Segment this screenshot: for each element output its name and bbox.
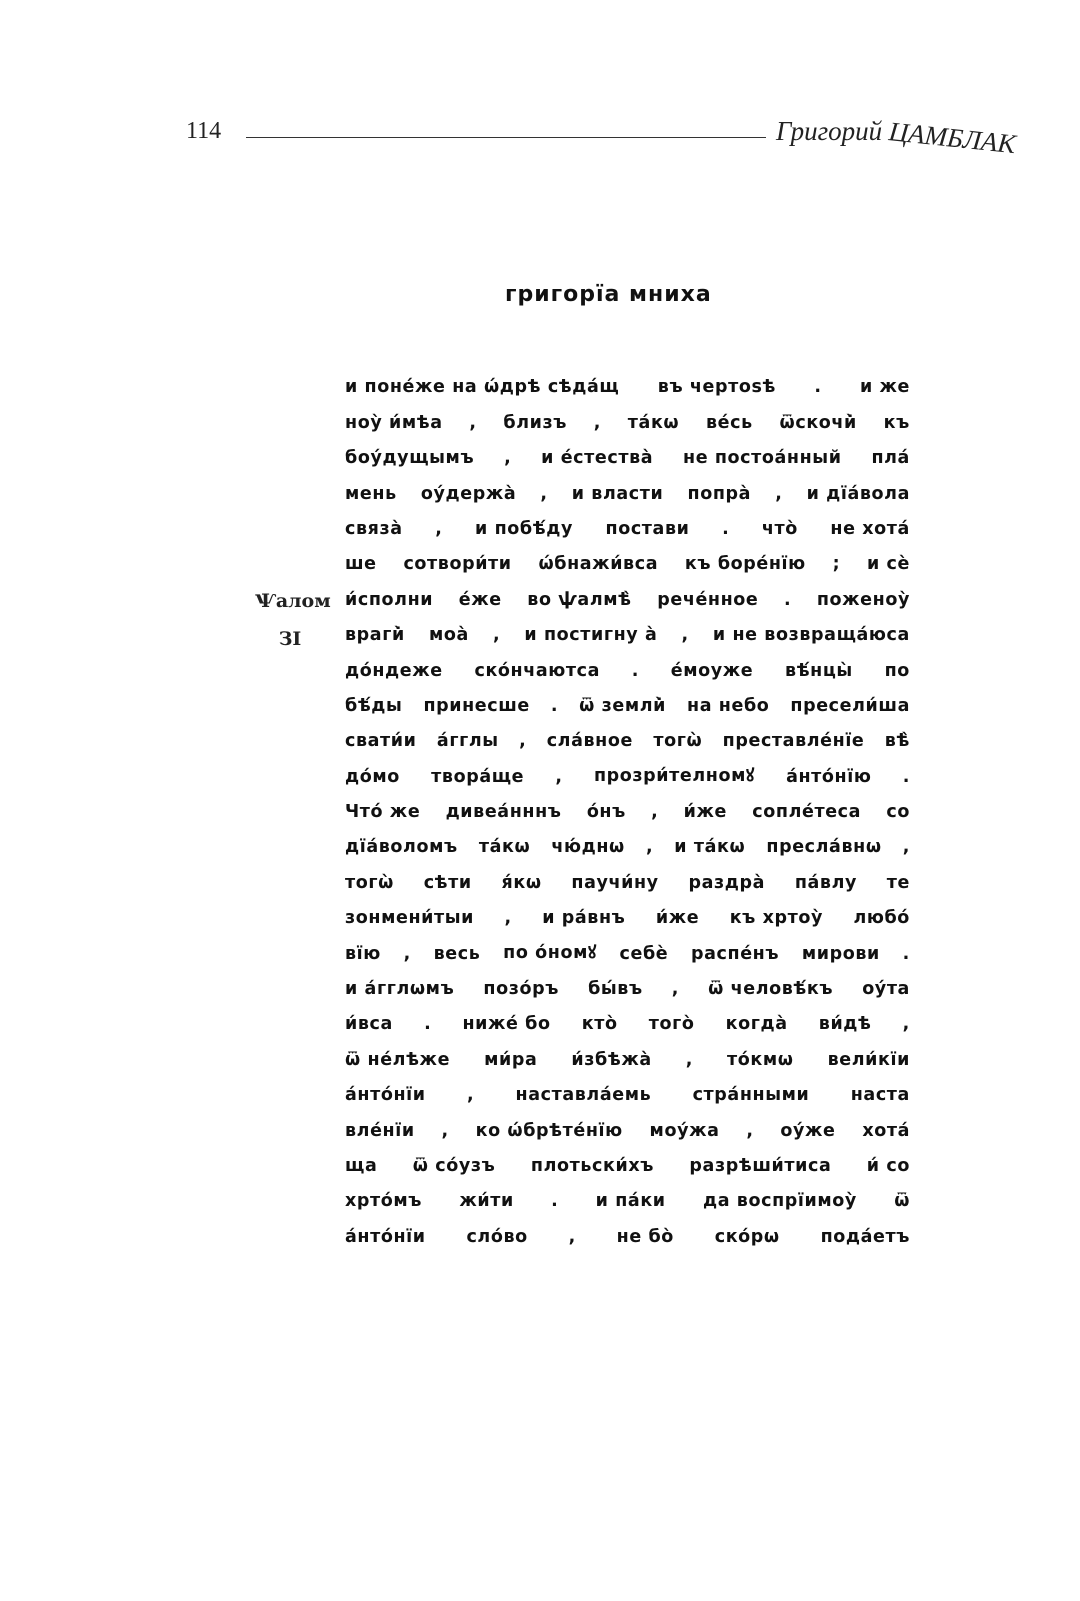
margin-note-psalm-reference: Ѱалом ЗІ <box>255 582 325 658</box>
text-line: шесотвори́тиѡ́бнажи́всакъ боре́нїю;и сѐ <box>345 539 910 574</box>
book-title-author: Григорий <box>776 116 889 146</box>
text-word: . <box>814 377 821 397</box>
text-line: и поне́же на ѡ́дрѣ сѣда́щвъ чертоѕѣ.и же <box>345 362 910 397</box>
text-word: ско́нчаютса <box>474 661 600 681</box>
text-word: и власти <box>572 484 664 504</box>
text-word: е́же <box>459 590 502 610</box>
text-word: бы́въ <box>588 979 643 999</box>
text-word: , <box>682 625 689 645</box>
text-word: вле́нїи <box>345 1121 415 1141</box>
text-line: боу́дущымъ,и е́стества̀не постоа́нныйпла… <box>345 433 910 468</box>
text-word: , <box>467 1085 474 1105</box>
text-word: , <box>903 837 910 857</box>
text-word: поженоу̀ <box>817 590 910 610</box>
text-word: , <box>435 519 442 539</box>
text-word: , <box>493 625 500 645</box>
text-word: оу́держа̀ <box>421 484 516 504</box>
text-line: ноу̀ и́мѣа,близъ,та́кѡве́сьѿскочи̇̀къ <box>345 397 910 432</box>
text-word: . <box>424 1014 431 1034</box>
book-title: Григорий ЦАМБЛАК <box>776 116 1016 147</box>
text-line: вле́нїи,ко ѡ́брѣте́нїюмоу́жа,оу́жехота́ <box>345 1105 910 1140</box>
text-word: , <box>594 413 601 433</box>
text-word: сопле́теса <box>752 802 861 822</box>
text-word: паучи́ну <box>571 873 658 893</box>
text-word: , <box>469 413 476 433</box>
text-word: и́же <box>684 802 727 822</box>
text-word: , <box>672 979 679 999</box>
text-word: жи́ти <box>459 1191 513 1211</box>
text-word: хрто́мъ <box>345 1191 422 1211</box>
text-word: а́нто́нїи <box>345 1085 426 1105</box>
text-word: распе́нъ <box>691 944 779 964</box>
text-word: , <box>903 1014 910 1034</box>
text-word: , <box>651 802 658 822</box>
text-word: , <box>555 767 562 787</box>
text-word: не хота́ <box>830 519 910 539</box>
text-word: бѣ́ды <box>345 696 402 716</box>
text-word: вѣ̀ <box>885 731 910 751</box>
book-page: 114 Григорий ЦАМБЛАК григорїа мниха Ѱало… <box>0 0 1080 1601</box>
text-word: разрѣши́тиса <box>689 1156 831 1176</box>
text-line: до́мотвора́ще,прозри́телномꙋа́нто́нїю. <box>345 751 910 786</box>
text-word: и па́ки <box>596 1191 666 1211</box>
text-word: а́гглы <box>437 731 499 751</box>
text-word: сла́вное <box>547 731 633 751</box>
text-word: ниже́ бо <box>462 1014 550 1034</box>
text-word: со <box>886 802 910 822</box>
text-line: а́нто́нїисло́во,не бо̀ско́рѡпода́етъ <box>345 1211 910 1246</box>
text-word: , <box>505 908 512 928</box>
text-word: прозри́телномꙋ <box>594 763 755 787</box>
running-head: 114 Григорий ЦАМБЛАК <box>186 110 1026 170</box>
text-word: дїа́воломъ <box>345 837 458 857</box>
text-word: весь <box>434 944 481 964</box>
text-word: Что́ же <box>345 802 420 822</box>
text-word: е́моуже <box>671 661 754 681</box>
text-word: позо́ръ <box>483 979 559 999</box>
page-number: 114 <box>186 118 221 145</box>
text-word: ви́дѣ <box>819 1014 872 1034</box>
text-line: бѣ́дыпринесше.ѿ земли̇̀на небопресели́ша <box>345 681 910 716</box>
text-word: наставла́емь <box>516 1085 652 1105</box>
text-word: , <box>504 448 511 468</box>
text-word: на небо <box>687 696 769 716</box>
text-word: пресла́внѡ <box>766 837 881 857</box>
text-word: и́сполни <box>345 590 433 610</box>
text-word: до́мо <box>345 767 400 787</box>
section-title: григорїа мниха <box>505 282 712 307</box>
text-word: и дїа́вола <box>807 484 910 504</box>
text-word: и не возвраща́юса <box>713 625 910 645</box>
text-word: , <box>519 731 526 751</box>
text-word: свати́и <box>345 731 417 751</box>
text-line: дїа́воломъта́кѡчю́днѡ,и та́кѡпресла́внѡ, <box>345 822 910 857</box>
text-line: Что́ жедивеа́нннъо́нъ,и́жесопле́тесасо <box>345 787 910 822</box>
text-line: тогѡ̀сѣтия́кѡпаучи́нураздра̀па́влуте <box>345 857 910 892</box>
text-word: чю́днѡ <box>551 837 624 857</box>
text-word: стра́нными <box>693 1085 810 1105</box>
text-word: принесше <box>423 696 529 716</box>
text-word: ми́ра <box>484 1050 537 1070</box>
text-word: по о́номꙋ <box>503 940 597 964</box>
text-word: попра̀ <box>688 484 752 504</box>
text-word: твора́ще <box>431 767 524 787</box>
text-word: , <box>540 484 547 504</box>
text-word: пода́етъ <box>821 1227 910 1247</box>
text-word: ѡ́бнажи́вса <box>538 554 658 574</box>
text-word: во ѱалмѣ̀ <box>527 590 631 610</box>
text-word: ноу̀ и́мѣа <box>345 413 443 433</box>
text-word: ве́сь <box>706 413 753 433</box>
text-word: мень <box>345 484 397 504</box>
text-word: не постоа́нный <box>683 448 842 468</box>
text-line: меньоу́держа̀,и властипопра̀,и дїа́вола <box>345 468 910 503</box>
text-word: та́кѡ <box>628 413 679 433</box>
margin-note-line: ЗІ <box>255 620 325 658</box>
text-word: ѿ <box>894 1191 910 1211</box>
text-word: и́збѣжа̀ <box>571 1050 651 1070</box>
church-slavonic-text-block: и поне́же на ѡ́дрѣ сѣда́щвъ чертоѕѣ.и же… <box>345 362 910 1247</box>
text-line: враги̇̀моа̀,и постигну а̀,и не возвраща́… <box>345 610 910 645</box>
text-word: я́кѡ <box>502 873 542 893</box>
text-word: и поне́же на ѡ́дрѣ сѣда́щ <box>345 377 619 397</box>
text-word: постави <box>606 519 690 539</box>
text-word: , <box>442 1121 449 1141</box>
text-word: . <box>903 944 910 964</box>
text-word: , <box>404 944 411 964</box>
text-word: и сѐ <box>867 554 910 574</box>
text-word: ѿ земли̇̀ <box>579 696 666 716</box>
text-word: когда̀ <box>726 1014 788 1034</box>
text-word: и та́кѡ <box>674 837 745 857</box>
text-word: та́кѡ <box>479 837 530 857</box>
text-word: что̀ <box>762 519 798 539</box>
text-word: ко ѡ́брѣте́нїю <box>476 1121 623 1141</box>
text-word: и ра́внъ <box>542 908 625 928</box>
text-word: ѿ человѣ́къ <box>708 979 833 999</box>
text-line: и́сполние́жево ѱалмѣ̀рече́нное.поженоу̀ <box>345 574 910 609</box>
text-word: въ чертоѕѣ <box>658 377 776 397</box>
text-word: враги̇̀ <box>345 625 405 645</box>
text-word: преставле́нїе <box>723 731 865 751</box>
text-word: . <box>551 1191 558 1211</box>
text-word: , <box>746 1121 753 1141</box>
text-word: любо́ <box>853 908 909 928</box>
text-word: оу́та <box>862 979 910 999</box>
text-word: и постигну а̀ <box>524 625 657 645</box>
text-word: . <box>551 696 558 716</box>
text-line: а́нто́нїи,наставла́емьстра́нныминаста <box>345 1070 910 1105</box>
text-word: пресели́ша <box>790 696 910 716</box>
text-word: сѣти <box>424 873 472 893</box>
text-word: . <box>903 767 910 787</box>
text-word: сло́во <box>466 1227 527 1247</box>
text-word: вели́кїи <box>828 1050 910 1070</box>
text-word: не бо̀ <box>617 1227 674 1247</box>
text-word: то́кмѡ <box>727 1050 794 1070</box>
text-line: и а́гглѡмъпозо́ръбы́въ,ѿ человѣ́къоу́та <box>345 964 910 999</box>
margin-note-line: Ѱалом <box>255 582 325 620</box>
text-word: раздра̀ <box>688 873 765 893</box>
text-word: те <box>887 873 910 893</box>
text-word: . <box>784 590 791 610</box>
text-word: рече́нное <box>657 590 758 610</box>
text-word: хота́ <box>862 1121 910 1141</box>
text-word: къ хртоу̀ <box>730 908 823 928</box>
text-word: боу́дущымъ <box>345 448 474 468</box>
text-line: свати́иа́гглы,сла́вноетогѡ̀преставле́нїе… <box>345 716 910 751</box>
text-word: вїю <box>345 944 381 964</box>
text-word: тогѡ̀ <box>653 731 702 751</box>
text-word: па́влу <box>795 873 857 893</box>
text-word: ѿскочи̇̀ <box>780 413 857 433</box>
text-line: и́вса.ниже́ бокто̀того̀когда̀ви́дѣ, <box>345 999 910 1034</box>
text-word: и побѣ́ду <box>475 519 573 539</box>
text-word: вѣ́нцы̀ <box>785 661 853 681</box>
text-word: ше <box>345 554 377 574</box>
text-word: ща <box>345 1156 377 1176</box>
text-word: . <box>722 519 729 539</box>
text-word: себѐ <box>620 944 669 964</box>
text-word: ѿ со́узъ <box>413 1156 496 1176</box>
text-word: а́нто́нїи <box>345 1227 426 1247</box>
text-word: сотвори́ти <box>403 554 511 574</box>
text-word: и́вса <box>345 1014 393 1034</box>
text-line: ѿ не́лѣжеми́раи́збѣжа̀,то́кмѡвели́кїи <box>345 1034 910 1069</box>
text-word: , <box>775 484 782 504</box>
text-word: моа̀ <box>429 625 469 645</box>
text-word: наста <box>851 1085 910 1105</box>
text-line: зонмени́тыи,и ра́внъи́жекъ хртоу̀любо́ <box>345 893 910 928</box>
text-word: того̀ <box>649 1014 695 1034</box>
text-line: хрто́мъжи́ти.и па́кида воспрїимоу̀ѿ <box>345 1176 910 1211</box>
text-word: дивеа́нннъ <box>446 802 562 822</box>
text-line: вїю,весьпо о́номꙋсебѐраспе́нъмирови. <box>345 928 910 963</box>
text-word: да воспрїимоу̀ <box>703 1191 857 1211</box>
text-line: до́ндежеско́нчаютса.е́моужевѣ́нцы̀по <box>345 645 910 680</box>
text-word: о́нъ <box>587 802 626 822</box>
text-word: близъ <box>503 413 567 433</box>
text-word: плотьски́хъ <box>531 1156 654 1176</box>
text-word: къ <box>884 413 910 433</box>
text-word: ско́рѡ <box>715 1227 780 1247</box>
text-word: къ боре́нїю <box>685 554 806 574</box>
text-word: до́ндеже <box>345 661 443 681</box>
text-word: , <box>646 837 653 857</box>
text-word: и же <box>860 377 910 397</box>
text-line: связа̀,и побѣ́дупостави.что̀не хота́ <box>345 504 910 539</box>
text-word: . <box>632 661 639 681</box>
text-word: кто̀ <box>582 1014 618 1034</box>
text-word: зонмени́тыи <box>345 908 474 928</box>
book-title-surname: ЦАМБЛАК <box>887 116 1017 160</box>
text-word: а́нто́нїю <box>786 767 871 787</box>
text-word: , <box>569 1227 576 1247</box>
text-word: мирови <box>802 944 880 964</box>
text-word: связа̀ <box>345 519 403 539</box>
text-word: и е́стества̀ <box>541 448 653 468</box>
text-word: , <box>686 1050 693 1070</box>
text-word: и а́гглѡмъ <box>345 979 454 999</box>
text-word: по <box>885 661 910 681</box>
text-word: ѿ не́лѣже <box>345 1050 450 1070</box>
text-word: ; <box>833 554 841 574</box>
text-line: щаѿ со́узъплотьски́хъразрѣши́тисаи́ со <box>345 1141 910 1176</box>
text-word: оу́же <box>780 1121 835 1141</box>
text-word: и́ со <box>867 1156 910 1176</box>
text-word: и́же <box>656 908 699 928</box>
header-rule <box>246 137 766 138</box>
text-word: тогѡ̀ <box>345 873 394 893</box>
text-word: моу́жа <box>650 1121 720 1141</box>
text-word: пла́ <box>871 448 910 468</box>
